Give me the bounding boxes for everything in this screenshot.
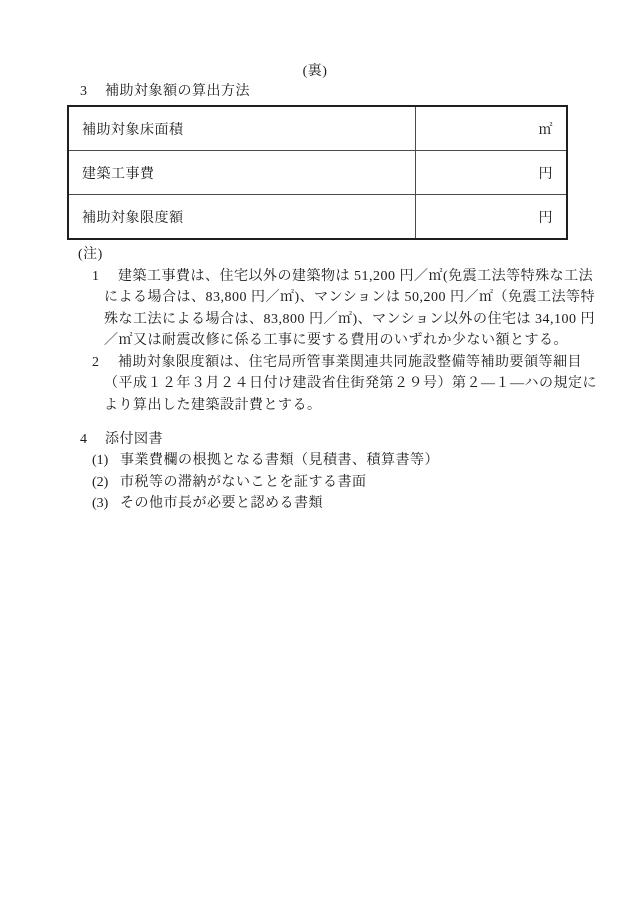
note-2-line-2: （平成１２年３月２４日付け建設省住街発第２９号）第２―１―ハの規定に xyxy=(104,373,630,395)
row-unit-construction-cost: 円 xyxy=(416,151,568,195)
note-1-text: 建築工事費は、住宅以外の建築物は 51,200 円／㎡(免震工法等特殊な工法 xyxy=(118,269,593,284)
section4-title: 添付図書 xyxy=(105,432,163,447)
row-label-subsidy-limit: 補助対象限度額 xyxy=(68,195,416,240)
calculation-table: 補助対象床面積 ㎡ 建築工事費 円 補助対象限度額 円 xyxy=(67,105,568,240)
page-side-label: (裏) xyxy=(0,0,630,82)
note-item-2: 2補助対象限度額は、住宅局所管事業関連共同施設整備等補助要領等細目 （平成１２年… xyxy=(0,352,630,417)
section4-number: 4 xyxy=(80,430,105,450)
row-unit-subsidy-limit: 円 xyxy=(416,195,568,240)
notes-section: (注) 1建築工事費は、住宅以外の建築物は 51,200 円／㎡(免震工法等特殊… xyxy=(0,244,630,416)
attachment-item-2: (2)市税等の滞納がないことを証する書面 xyxy=(92,472,630,494)
note-2-text: 補助対象限度額は、住宅局所管事業関連共同施設整備等補助要領等細目 xyxy=(118,355,582,370)
attachment-3-number: (3) xyxy=(92,493,120,515)
section4-heading: 4添付図書 xyxy=(80,430,630,450)
attachment-1-text: 事業費欄の根拠となる書類（見積書、積算書等） xyxy=(120,453,439,468)
note-1-number: 1 xyxy=(92,266,100,288)
table-row-construction-cost: 建築工事費 円 xyxy=(68,151,567,195)
attachment-1-number: (1) xyxy=(92,450,120,472)
note-1-line-3: 殊な工法による場合は、83,800 円／㎡)、マンション以外の住宅は 34,10… xyxy=(104,309,630,331)
table-row-floor-area: 補助対象床面積 ㎡ xyxy=(68,106,567,151)
note-1-line-4: ／㎡又は耐震改修に係る工事に要する費用のいずれか少ない額とする。 xyxy=(104,330,630,352)
attachment-item-3: (3)その他市長が必要と認める書類 xyxy=(92,493,630,515)
attachment-2-text: 市税等の滞納がないことを証する書面 xyxy=(120,475,367,490)
attachments-list: (1)事業費欄の根拠となる書類（見積書、積算書等） (2)市税等の滞納がないこと… xyxy=(0,450,630,515)
section3-title: 補助対象額の算出方法 xyxy=(105,84,250,99)
attachment-2-number: (2) xyxy=(92,472,120,494)
note-1-line-1: 1建築工事費は、住宅以外の建築物は 51,200 円／㎡(免震工法等特殊な工法 xyxy=(118,266,630,288)
note-2-number: 2 xyxy=(92,352,100,374)
document-page: (裏) 3補助対象額の算出方法 補助対象床面積 ㎡ 建築工事費 円 補助対象限度… xyxy=(0,0,630,903)
row-label-floor-area: 補助対象床面積 xyxy=(68,106,416,151)
section3-number: 3 xyxy=(80,82,105,102)
note-2-line-1: 2補助対象限度額は、住宅局所管事業関連共同施設整備等補助要領等細目 xyxy=(118,352,630,374)
attachment-3-text: その他市長が必要と認める書類 xyxy=(120,496,323,511)
attachment-item-1: (1)事業費欄の根拠となる書類（見積書、積算書等） xyxy=(92,450,630,472)
row-unit-floor-area: ㎡ xyxy=(416,106,568,151)
note-1-line-2: による場合は、83,800 円／㎡)、マンションは 50,200 円／㎡（免震工… xyxy=(104,287,630,309)
notes-label: (注) xyxy=(78,244,630,266)
note-2-line-3: より算出した建築設計費とする。 xyxy=(104,395,630,417)
row-label-construction-cost: 建築工事費 xyxy=(68,151,416,195)
section3-heading: 3補助対象額の算出方法 xyxy=(80,82,630,102)
table-row-subsidy-limit: 補助対象限度額 円 xyxy=(68,195,567,240)
note-item-1: 1建築工事費は、住宅以外の建築物は 51,200 円／㎡(免震工法等特殊な工法 … xyxy=(0,266,630,352)
